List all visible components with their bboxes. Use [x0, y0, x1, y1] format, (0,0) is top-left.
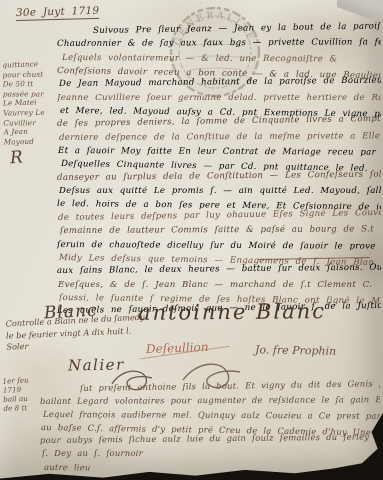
manuscript-line: De Jean Mayoud marchand habitant de la p… [59, 75, 381, 92]
manuscript-line: pour aubys ſemis ſichue aulz luie du gai… [40, 431, 380, 448]
manuscript-line: ſemainne de lautteur Commis ſaitte & paſ… [60, 223, 381, 238]
manuscript-paper: GENERALITE 30e Juyt 1719 quittancepour c… [0, 0, 383, 480]
margin-note-line: de 8 tt [3, 403, 43, 413]
manuscript-line: Jeanne Cuvilliere ſoeur germaine delad. … [57, 92, 381, 105]
manuscript-line: ſeruin de chauoſtede dicelluy ſur du Moi… [57, 239, 381, 254]
manuscript-line: Deſsus aux quitté Le promis ſ. — ain qui… [59, 185, 381, 198]
margin-note-second-act: 1er ſeu1719bail aude 8 tt [2, 375, 43, 412]
manuscript-line: danseyer au ſurplus dela de Conſtitution… [57, 168, 381, 185]
manuscript-line: aux ſains Blanc, le deux heures — battue… [57, 262, 381, 279]
margin-r-mark: R [9, 148, 23, 169]
manuscript-line: Leſquels volontairemeur — & led. une Rec… [62, 52, 381, 67]
manuscript-line: derniere deſpence de la Conſtitue de la … [59, 130, 381, 145]
act-date: 30e Juyt 1719 [16, 5, 100, 21]
signature-nalier: Nalier [68, 356, 125, 375]
margin-note-line: Mayoud [4, 136, 62, 147]
scanned-manuscript-page: GENERALITE 30e Juyt 1719 quittancepour c… [0, 0, 383, 480]
margin-note-line: Vaurrey Le [3, 107, 61, 118]
second-act-text: ſut preſent anthoine ſils la bout. Et vi… [40, 382, 380, 474]
manuscript-line: ſ. Dey au ſ. ſournoir [42, 447, 380, 460]
manuscript-line: ſut preſent anthoine ſils la bout. Et vi… [80, 377, 380, 395]
manuscript-line: Lequel françois audiberne mel. Quinquy a… [43, 408, 380, 423]
margin-note-line: De 50 tt [3, 79, 61, 89]
controle-registration-note: Controlle a Blain ne le du ſamedyle be f… [5, 313, 156, 353]
manuscript-line: Eveſques, & de ſ. Jean Blanc — marchand … [58, 279, 381, 292]
signature-prophin: Jo. fre Prophin [255, 343, 336, 357]
manuscript-line: autre lieu [44, 461, 380, 478]
act-body-text: Suivous Pre ſieur Jeanz — Jean ey la bou… [57, 25, 381, 319]
manuscript-line: Chaudronnier & de ſay aux faux bgs — pri… [57, 37, 381, 52]
margin-summary-note: quittancepour chustDe 50 ttpassée parLe … [2, 60, 61, 147]
signature-antoine-blanc: antoinne Blanc [138, 299, 326, 325]
manuscript-line: bailant Legard volontaires pour augmente… [40, 393, 380, 408]
